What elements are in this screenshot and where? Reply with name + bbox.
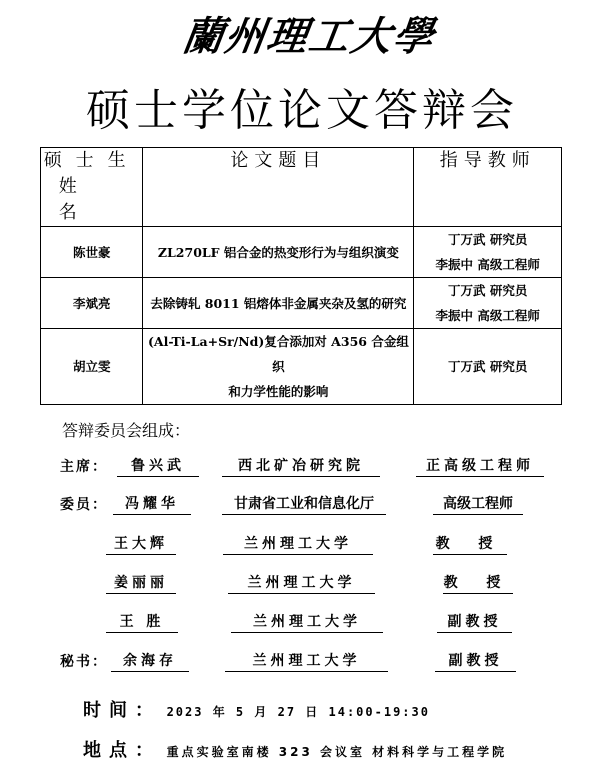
- student-name: 胡立雯: [41, 329, 143, 405]
- member-title: 高级工程师: [433, 494, 523, 515]
- committee-heading: 答辩委员会组成：: [62, 420, 190, 442]
- member-name: 鲁兴武: [117, 456, 199, 477]
- member-org: 兰州理工大学: [231, 612, 383, 633]
- page-title: 硕士学位论文答辩会: [86, 84, 518, 138]
- member-title: 副教授: [435, 651, 516, 672]
- place-label: 地点：: [83, 740, 161, 761]
- member-title: 教 授: [443, 573, 513, 594]
- committee-row-member: 姜丽丽 兰州理工大学 教 授: [0, 573, 592, 595]
- student-name: 陈世豪: [41, 227, 143, 278]
- secretary-label: 秘书：: [60, 651, 108, 671]
- defense-place: 地点： 重点实验室南楼 323 会议室 材料科学与工程学院: [83, 736, 507, 762]
- member-org: 西北矿冶研究院: [222, 456, 380, 477]
- student-name: 李斌亮: [41, 278, 143, 329]
- committee-row-chair: 主席： 鲁兴武 西北矿冶研究院 正高级工程师: [0, 456, 592, 478]
- advisor: 丁万武 研究员: [414, 329, 562, 405]
- table-row: 李斌亮 去除铸轧 8011 铝熔体非金属夹杂及氢的研究 丁万武 研究员 李振中 …: [41, 278, 562, 329]
- table-header-row: 硕士生 姓名 论文题目 指导教师: [41, 148, 562, 227]
- member-org: 兰州理工大学: [223, 534, 373, 555]
- university-logo: 蘭州理工大學: [179, 12, 422, 62]
- member-name: 余海存: [111, 651, 189, 672]
- header-student-name: 硕士生 姓名: [41, 148, 143, 227]
- committee-row-member: 王大辉 兰州理工大学 教 授: [0, 534, 592, 556]
- table-row: 陈世豪 ZL270LF 铝合金的热变形行为与组织演变 丁万武 研究员 李振中 高…: [41, 227, 562, 278]
- time-label: 时间：: [83, 700, 161, 721]
- member-org: 甘肃省工业和信息化厅: [222, 494, 386, 515]
- header-advisor: 指导教师: [414, 148, 562, 227]
- committee-row-member: 委员： 冯耀华 甘肃省工业和信息化厅 高级工程师: [0, 494, 592, 516]
- member-org: 兰州理工大学: [228, 573, 375, 594]
- member-name: 冯耀华: [113, 494, 191, 515]
- member-title: 教 授: [433, 534, 507, 555]
- member-label: 委员：: [60, 494, 108, 514]
- committee-row-secretary: 秘书： 余海存 兰州理工大学 副教授: [0, 651, 592, 673]
- defense-time: 时间： 2023 年 5 月 27 日 14:00-19:30: [83, 696, 430, 722]
- member-name: 王大辉: [106, 534, 176, 555]
- thesis-title: ZL270LF 铝合金的热变形行为与组织演变: [143, 227, 414, 278]
- chair-label: 主席：: [60, 456, 108, 476]
- thesis-title: 去除铸轧 8011 铝熔体非金属夹杂及氢的研究: [143, 278, 414, 329]
- advisor: 丁万武 研究员 李振中 高级工程师: [414, 227, 562, 278]
- thesis-title: (Al-Ti-La+Sr/Nd)复合添加对 A356 合金组织 和力学性能的影响: [143, 329, 414, 405]
- thesis-table: 硕士生 姓名 论文题目 指导教师 陈世豪 ZL270LF 铝合金的热变形行为与组…: [40, 147, 562, 405]
- table-row: 胡立雯 (Al-Ti-La+Sr/Nd)复合添加对 A356 合金组织 和力学性…: [41, 329, 562, 405]
- member-name: 姜丽丽: [106, 573, 176, 594]
- member-name: 王 胜: [106, 612, 178, 633]
- time-value: 2023 年 5 月 27 日 14:00-19:30: [167, 705, 430, 719]
- member-title: 正高级工程师: [416, 456, 544, 477]
- advisor: 丁万武 研究员 李振中 高级工程师: [414, 278, 562, 329]
- committee-row-member: 王 胜 兰州理工大学 副教授: [0, 612, 592, 634]
- member-title: 副教授: [437, 612, 512, 633]
- header-thesis-title: 论文题目: [143, 148, 414, 227]
- place-value: 重点实验室南楼 323 会议室 材料科学与工程学院: [167, 745, 508, 759]
- member-org: 兰州理工大学: [225, 651, 388, 672]
